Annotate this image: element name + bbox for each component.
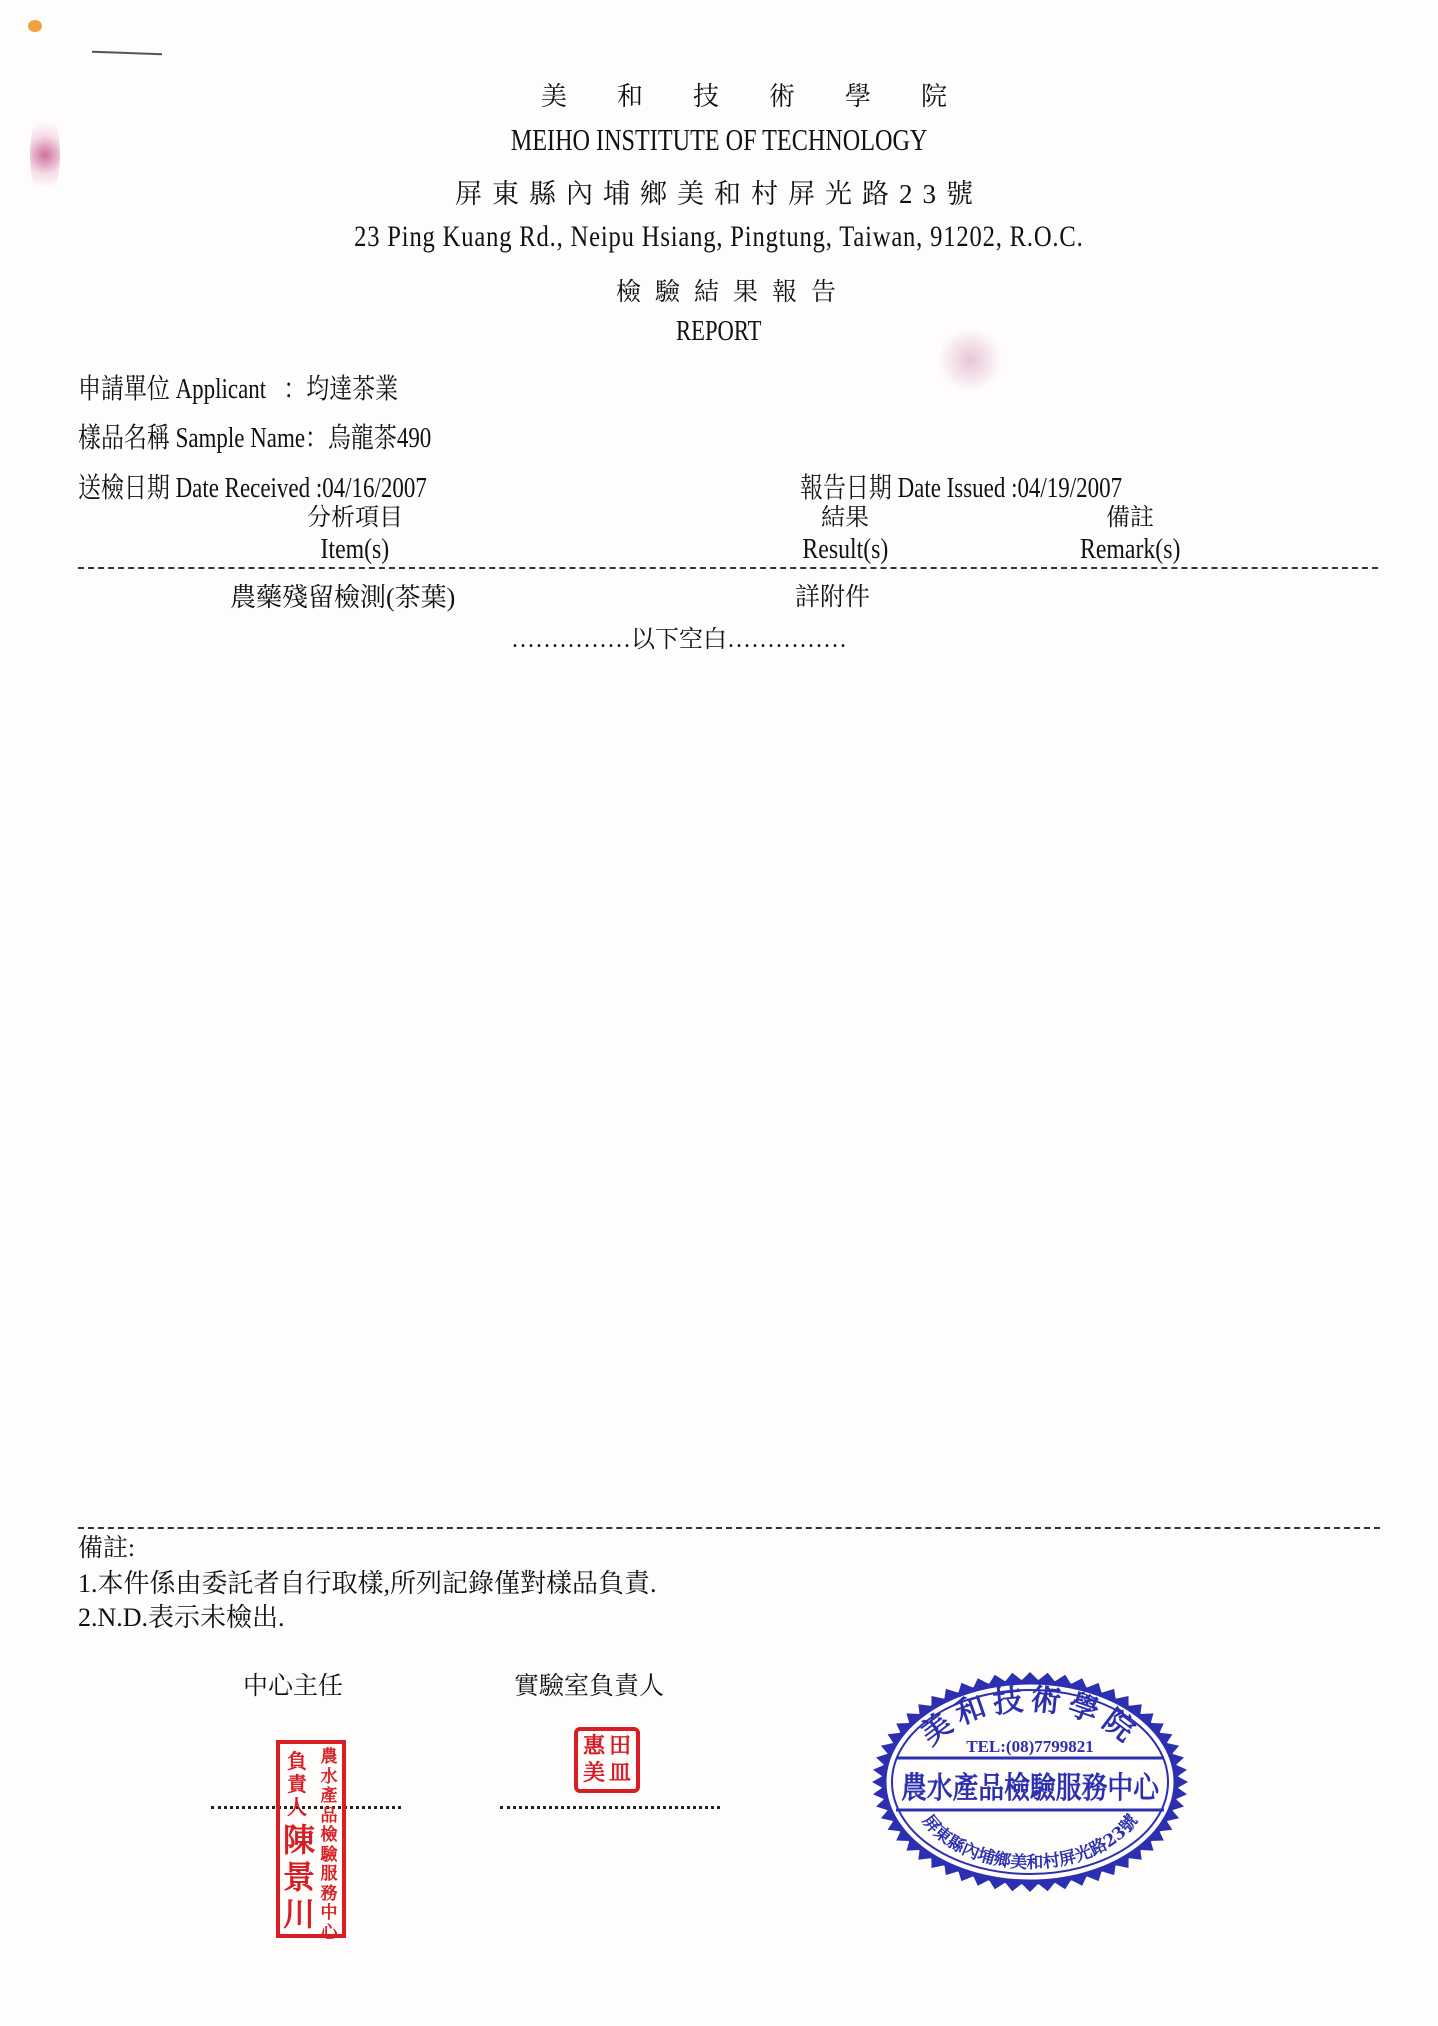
pen-mark (92, 51, 162, 55)
lab-head-label: 實驗室負責人 (514, 1666, 664, 1702)
date-received-label: 送檢日期 Date Received : (78, 473, 322, 504)
table-row-item: 農藥殘留檢測(茶葉) (230, 577, 455, 614)
seal-left-text: 惠美 (580, 1733, 608, 1787)
stain-mark (28, 20, 42, 32)
note-item: 1.本件係由委託者自行取樣,所列記錄僅對樣品負責. (78, 1563, 657, 1600)
seal-right-text: 田皿 (606, 1733, 634, 1787)
seal-title-text: 負責人 (285, 1750, 309, 1819)
date-issued-field: 報告日期 Date Issued :04/19/2007 (800, 466, 1193, 506)
column-header-remark: 備註 Remark(s) (1005, 503, 1255, 565)
column-header-item: 分析項目 Item(s) (230, 503, 480, 565)
lab-head-seal: 田皿 惠美 (574, 1727, 640, 1793)
seal-org-text: 農水產品檢驗服務中心 (319, 1748, 339, 1943)
applicant-label: 申請單位 Applicant ： (78, 374, 306, 405)
official-seal: 美和技術學院 TEL:(08)7799821 農水產品檢驗服務中心 屏東縣內埔鄉… (870, 1670, 1190, 1895)
table-row-result: 詳附件 (795, 577, 870, 613)
note-item: 2.N.D.表示未檢出. (78, 1597, 285, 1634)
sample-name-field: 樣品名稱 Sample Name：烏龍茶490 (78, 416, 509, 456)
date-issued-label: 報告日期 Date Issued : (800, 473, 1017, 504)
report-title-en: REPORT (0, 315, 1438, 348)
notes-title: 備註: (78, 1528, 135, 1564)
sample-name-value: 烏龍茶490 (328, 423, 431, 454)
director-seal: 農水產品檢驗服務中心 負責人 陳景川 (276, 1740, 346, 1938)
date-received-field: 送檢日期 Date Received :04/16/2007 (78, 466, 503, 506)
applicant-value: 均達茶業 (306, 374, 398, 405)
institute-name-en: MEIHO INSTITUTE OF TECHNOLOGY (0, 122, 1438, 158)
end-of-list-marker: ……………以下空白…………… (0, 619, 1398, 654)
institute-name-cn: 美和技術學院 (0, 76, 1438, 113)
sample-name-label: 樣品名稱 Sample Name： (78, 423, 328, 454)
address-en: 23 Ping Kuang Rd., Neipu Hsiang, Pingtun… (0, 220, 1438, 254)
table-divider (78, 567, 1378, 569)
svg-text:農水產品檢驗服務中心: 農水產品檢驗服務中心 (901, 1771, 1160, 1806)
official-seal-graphic: 美和技術學院 TEL:(08)7799821 農水產品檢驗服務中心 屏東縣內埔鄉… (870, 1670, 1190, 1895)
date-received-value: 04/16/2007 (322, 473, 427, 504)
notes-divider (78, 1527, 1380, 1529)
svg-text:TEL:(08)7799821: TEL:(08)7799821 (966, 1737, 1094, 1756)
column-header-result: 結果 Result(s) (720, 503, 970, 565)
address-cn: 屏東縣內埔鄉美和村屏光路23號 (0, 172, 1438, 211)
applicant-field: 申請單位 Applicant ：均達茶業 (78, 367, 468, 407)
report-title-cn: 檢驗結果報告 (0, 272, 1438, 308)
seal-name-text: 陳景川 (283, 1822, 313, 1933)
date-issued-value: 04/19/2007 (1017, 473, 1122, 504)
lab-head-signature-line (500, 1806, 720, 1809)
director-label: 中心主任 (243, 1666, 343, 1702)
